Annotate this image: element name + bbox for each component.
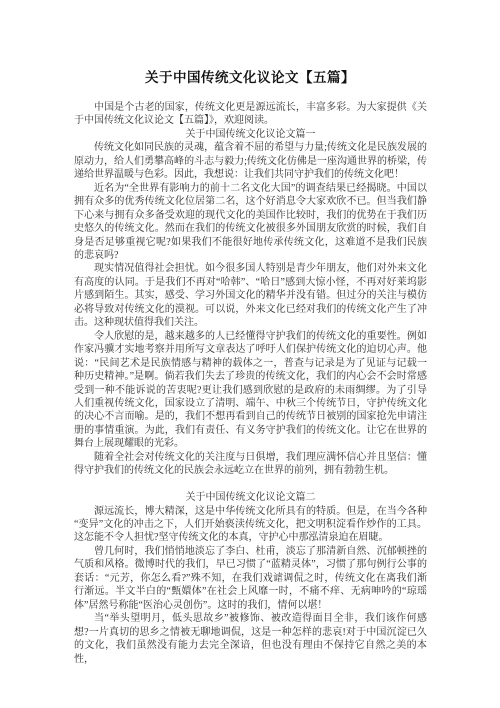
section-heading: 关于中国传统文化议论文篇二 bbox=[74, 491, 427, 504]
section-heading: 关于中国传统文化议论文篇一 bbox=[74, 128, 427, 141]
paragraph: 随着全社会对传统文化的关注度与日俱增，我们理应满怀信心并且坚信：懂得守护我们的传… bbox=[74, 451, 427, 478]
paragraph: 近名为“全世界有影响力的前十二名文化大国”的调查结果已经揭晓。中国以拥有众多的优… bbox=[74, 182, 427, 263]
paragraph: 源远流长，博大精深，这是中华传统文化所具有的特质。但是，在当今各种“变异”文化的… bbox=[74, 505, 427, 545]
paragraph: 当“举头望明月，低头思故乡”被修饰、被改造得面目全非，我们该作何感想?一片真切的… bbox=[74, 612, 427, 666]
document-page: 关于中国传统文化议论文【五篇】 中国是个古老的国家，传统文化更是源远流长，丰富多… bbox=[0, 0, 500, 708]
paragraph: 令人欣慰的是，越来越多的人已经懂得守护我们的传统文化的重要性。例如作家冯骥才实地… bbox=[74, 330, 427, 451]
paragraph: 现实情况值得社会担忧。如今很多国人特别是青少年朋友，他们对外来文化有高度的认同。… bbox=[74, 262, 427, 329]
paragraph: 中国是个古老的国家，传统文化更是源远流长，丰富多彩。为大家提供《关于中国传统文化… bbox=[74, 101, 427, 128]
document-body: 中国是个古老的国家，传统文化更是源远流长，丰富多彩。为大家提供《关于中国传统文化… bbox=[74, 101, 427, 666]
paragraph: 传统文化如同民族的灵魂，蕴含着不屈的希望与力量;传统文化是民族发展的原动力，给人… bbox=[74, 141, 427, 181]
paragraph: 曾几何时，我们悄悄地淡忘了李白、杜甫，淡忘了那清新自然、沉郁顿挫的气质和风格。微… bbox=[74, 545, 427, 612]
document-title: 关于中国传统文化议论文【五篇】 bbox=[0, 66, 500, 86]
